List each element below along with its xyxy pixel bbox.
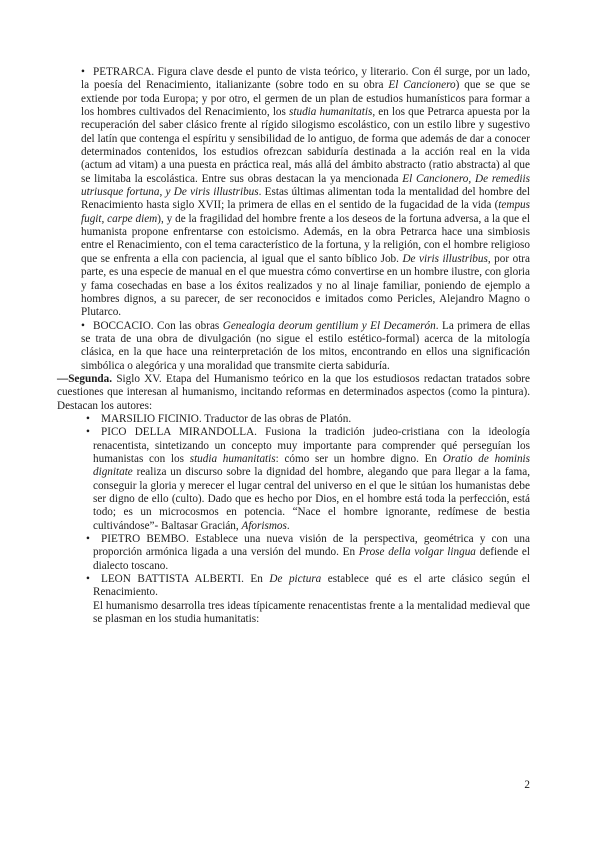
document-page: •PETRARCA. Figura clave desde el punto d…: [0, 0, 600, 848]
bullet-icon: •: [86, 426, 101, 439]
text-run: —Segunda.: [57, 373, 112, 385]
bullet-item: •PICO DELLA MIRANDOLLA. Fusiona la tradi…: [57, 426, 530, 533]
text-run: De pictura: [269, 573, 321, 585]
text-run: realiza un discurso sobre la dignidad de…: [93, 466, 530, 531]
text-run: BOCCACIO. Con las obras: [93, 320, 223, 332]
text-run: MARSILIO FICINIO. Traductor de las obras…: [101, 413, 351, 425]
text-run: LEON BATTISTA ALBERTI. En: [101, 573, 269, 585]
bullet-item: •BOCCACIO. Con las obras Genealogia deor…: [57, 320, 530, 373]
text-run: De viris illustribus: [402, 253, 487, 265]
text-run: Aforismos: [241, 520, 286, 532]
bullet-icon: •: [86, 413, 101, 426]
text-run: .: [287, 520, 290, 532]
bullet-item: •LEON BATTISTA ALBERTI. En De pictura es…: [57, 573, 530, 600]
bullet-item: •MARSILIO FICINIO. Traductor de las obra…: [57, 413, 530, 426]
text-run: Prose della volgar lingua: [359, 546, 476, 558]
text-run: Genealogia deorum gentilium y El Decamer…: [223, 320, 436, 332]
text-run: studia humanitatis: [190, 453, 276, 465]
bullet-item: •PIETRO BEMBO. Establece una nueva visió…: [57, 533, 530, 573]
text-run: El Cancionero: [388, 79, 455, 91]
bullet-icon: •: [81, 320, 93, 333]
text-block: •PETRARCA. Figura clave desde el punto d…: [57, 66, 530, 626]
text-run: El humanismo desarrolla tres ideas típic…: [93, 600, 530, 625]
bullet-icon: •: [86, 573, 101, 586]
text-run: : cómo ser un hombre digno. En: [276, 453, 443, 465]
paragraph: El humanismo desarrolla tres ideas típic…: [57, 600, 530, 627]
bullet-item: •PETRARCA. Figura clave desde el punto d…: [57, 66, 530, 320]
paragraph: —Segunda. Siglo XV. Etapa del Humanismo …: [57, 373, 530, 413]
text-run: Siglo XV. Etapa del Humanismo teórico en…: [57, 373, 530, 412]
bullet-icon: •: [81, 66, 93, 79]
text-run: studia humanitatis: [289, 106, 372, 118]
page-number: 2: [57, 779, 530, 791]
bullet-icon: •: [86, 533, 101, 546]
